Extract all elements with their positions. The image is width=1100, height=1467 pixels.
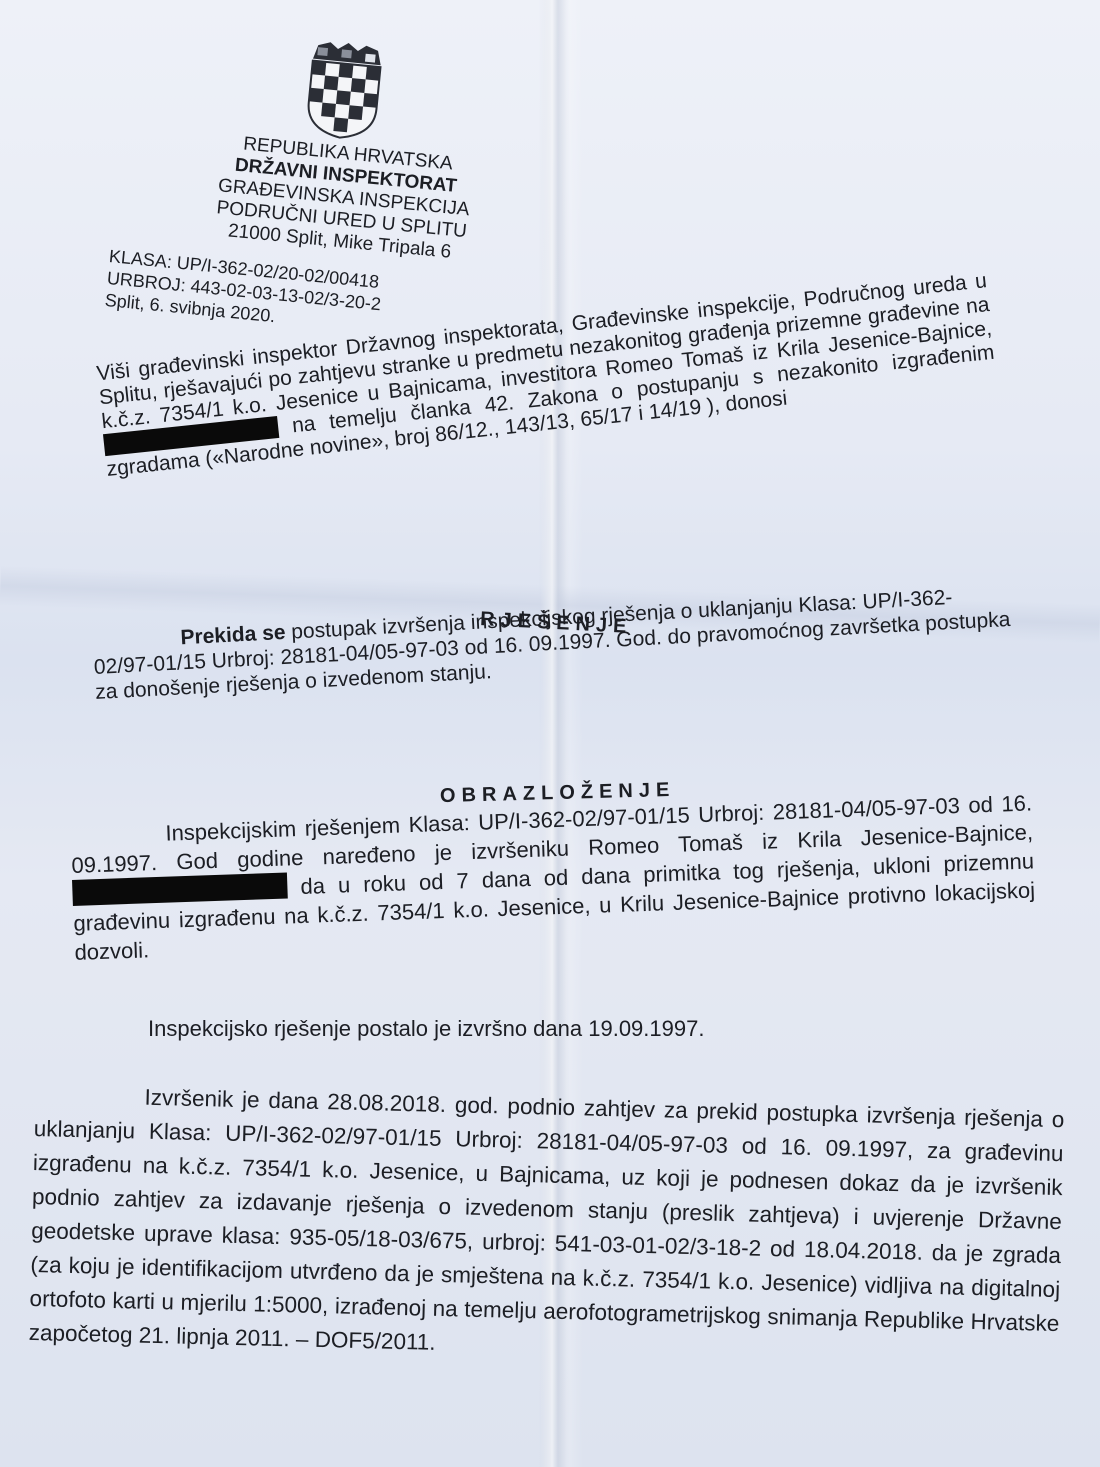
reasoning-paragraph-2: Inspekcijsko rješenje postalo je izvršno… — [148, 1016, 704, 1042]
decision-lead: Prekida se — [180, 621, 286, 649]
croatian-coat-of-arms-icon — [300, 36, 389, 143]
reasoning-paragraph-3: Izvršenik je dana 28.08.2018. god. podni… — [28, 1078, 1064, 1375]
redaction-bar — [72, 872, 288, 905]
reasoning-text-3: Izvršenik je dana 28.08.2018. god. podni… — [28, 1085, 1064, 1355]
